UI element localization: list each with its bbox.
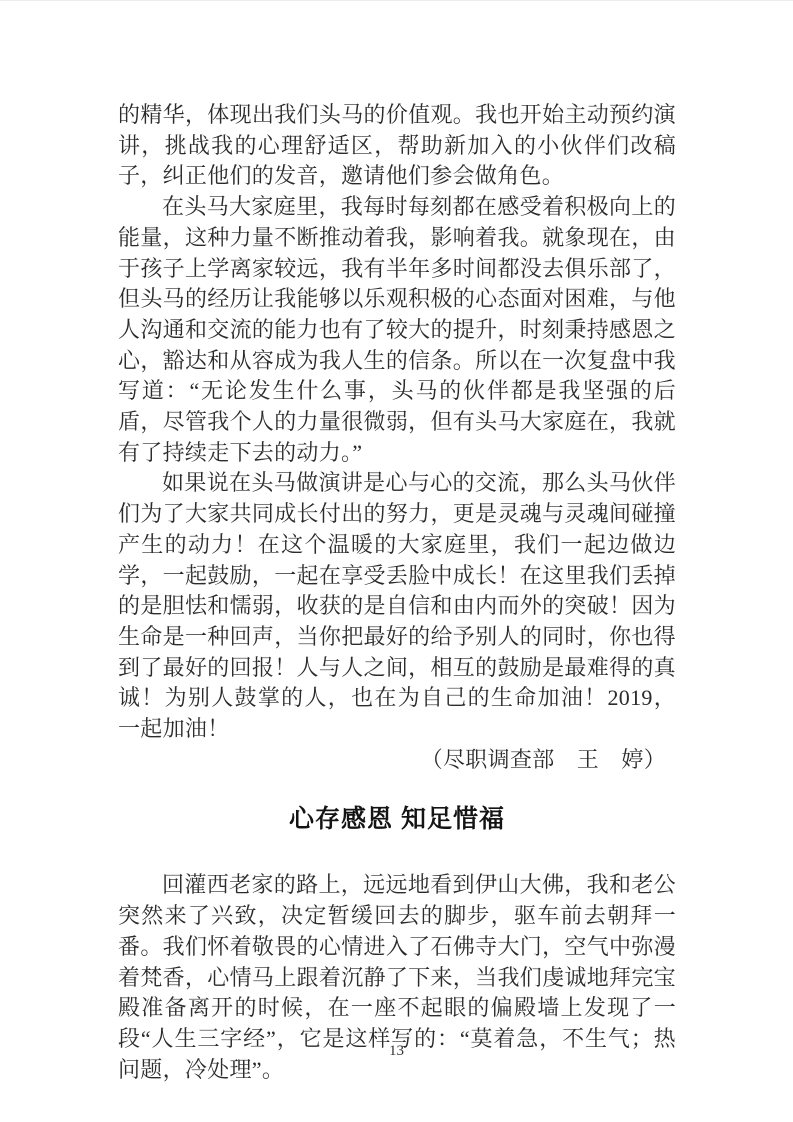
page-content: 的精华，体现出我们头马的价值观。我也开始主动预约演讲，挑战我的心理舒适区，帮助新…: [118, 100, 676, 1085]
paragraph: 如果说在头马做演讲是心与心的交流，那么头马伙伴们为了大家共同成长付出的努力，更是…: [118, 468, 676, 744]
page-number: 13: [0, 1043, 793, 1060]
paragraph: 在头马大家庭里，我每时每刻都在感受着积极向上的能量，这种力量不断推动着我，影响着…: [118, 192, 676, 468]
document-page: 的精华，体现出我们头马的价值观。我也开始主动预约演讲，挑战我的心理舒适区，帮助新…: [0, 0, 793, 1122]
article-title: 心存感恩 知足惜福: [118, 804, 676, 834]
author-signature: （尽职调查部 王 婷）: [118, 745, 676, 776]
paragraph-continuation: 的精华，体现出我们头马的价值观。我也开始主动预约演讲，挑战我的心理舒适区，帮助新…: [118, 100, 676, 192]
